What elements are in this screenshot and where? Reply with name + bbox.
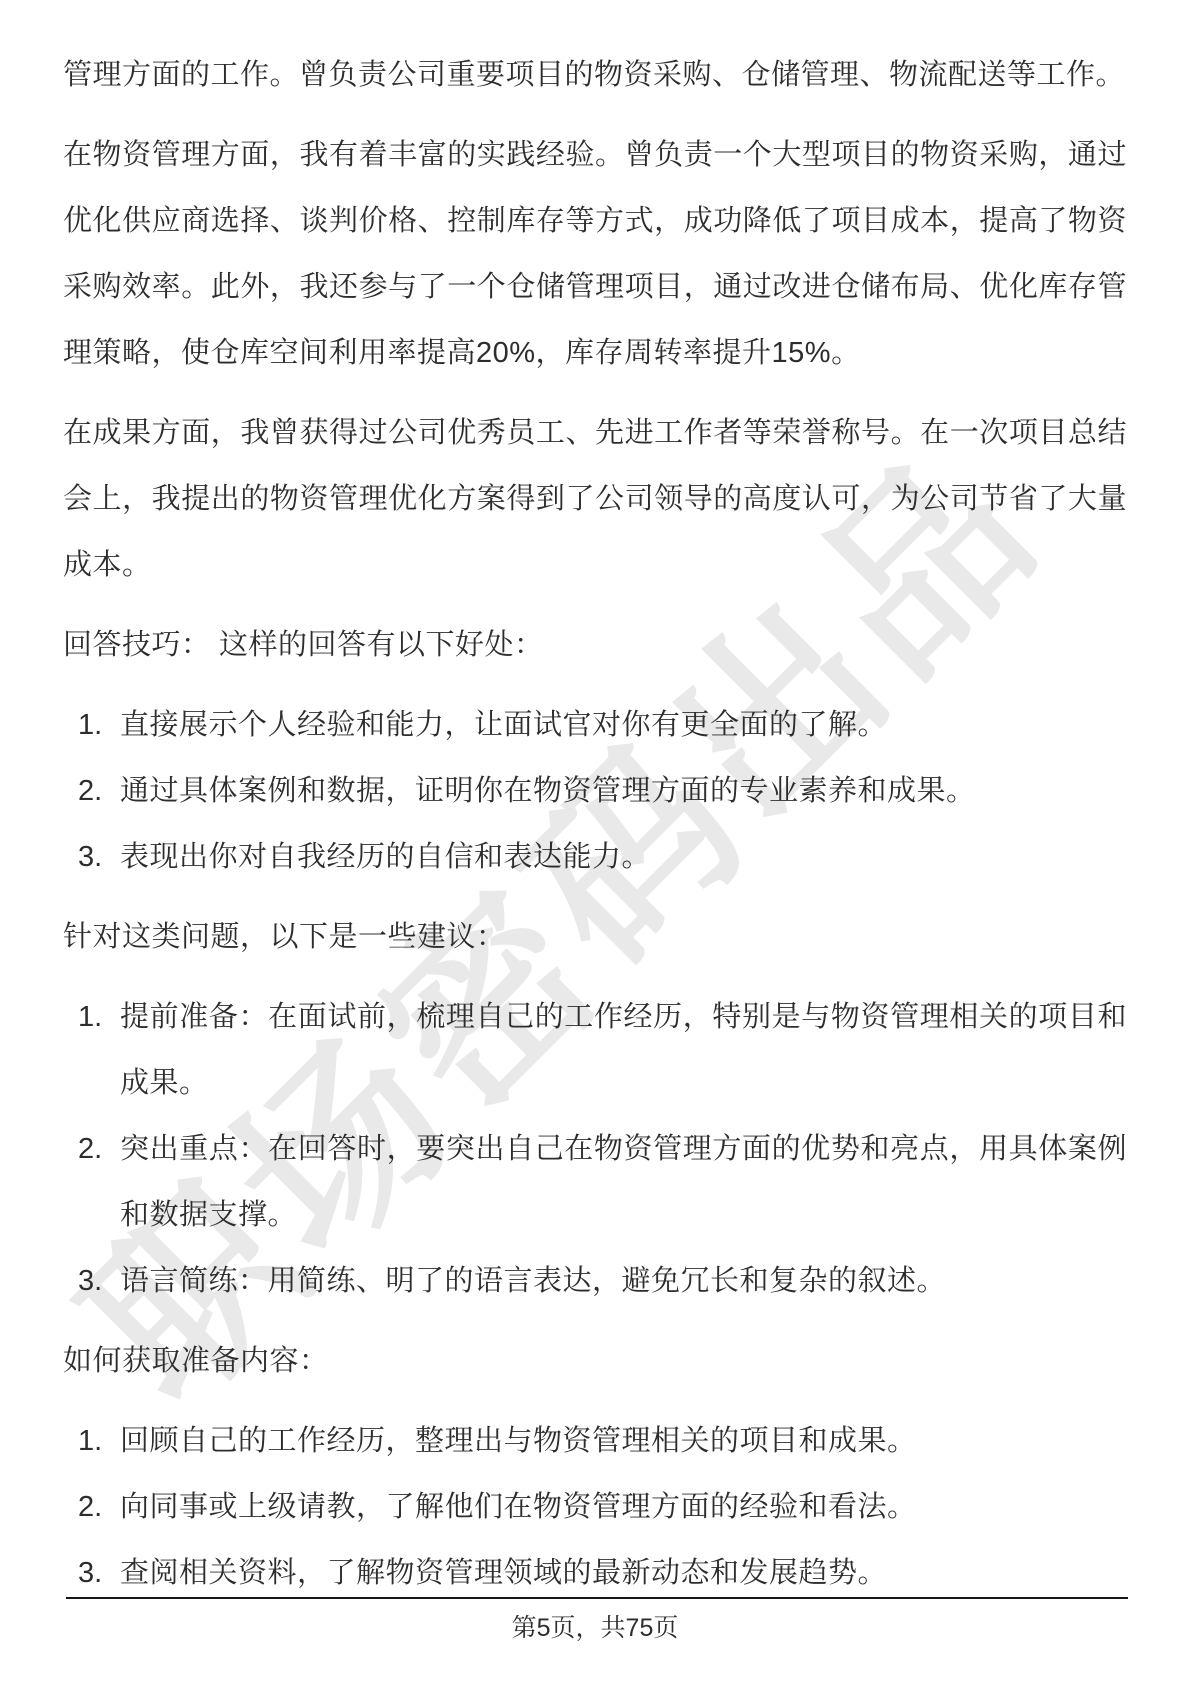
paragraph-achievements: 在成果方面，我曾获得过公司优秀员工、先进工作者等荣誉称号。在一次项目总结会上，我… — [63, 400, 1127, 598]
list-item: 1. 直接展示个人经验和能力，让面试官对你有更全面的了解。 — [78, 692, 1127, 758]
list-item-text: 语言简练：用简练、明了的语言表达，避免冗长和复杂的叙述。 — [120, 1248, 1127, 1314]
list-item-number: 2. — [78, 758, 120, 824]
list-item: 1. 回顾自己的工作经历，整理出与物资管理相关的项目和成果。 — [78, 1408, 1127, 1474]
list-item-text: 突出重点：在回答时，要突出自己在物资管理方面的优势和亮点，用具体案例和数据支撑。 — [120, 1116, 1127, 1248]
heading-how-to-prepare: 如何获取准备内容： — [63, 1328, 1127, 1394]
list-item-text: 表现出你对自我经历的自信和表达能力。 — [120, 824, 1127, 890]
suggestions-list: 1. 提前准备：在面试前，梳理自己的工作经历，特别是与物资管理相关的项目和成果。… — [63, 984, 1127, 1314]
list-item-text: 回顾自己的工作经历，整理出与物资管理相关的项目和成果。 — [120, 1408, 1127, 1474]
list-item: 2. 向同事或上级请教，了解他们在物资管理方面的经验和看法。 — [78, 1474, 1127, 1540]
heading-suggestions: 针对这类问题，以下是一些建议： — [63, 904, 1127, 970]
paragraph-experience: 在物资管理方面，我有着丰富的实践经验。曾负责一个大型项目的物资采购，通过优化供应… — [63, 122, 1127, 386]
list-item-number: 1. — [78, 984, 120, 1116]
list-item: 3. 语言简练：用简练、明了的语言表达，避免冗长和复杂的叙述。 — [78, 1248, 1127, 1314]
benefits-list: 1. 直接展示个人经验和能力，让面试官对你有更全面的了解。 2. 通过具体案例和… — [63, 692, 1127, 890]
list-item-text: 向同事或上级请教，了解他们在物资管理方面的经验和看法。 — [120, 1474, 1127, 1540]
list-item-number: 1. — [78, 1408, 120, 1474]
footer-divider — [66, 1597, 1128, 1599]
list-item: 2. 突出重点：在回答时，要突出自己在物资管理方面的优势和亮点，用具体案例和数据… — [78, 1116, 1127, 1248]
list-item-number: 2. — [78, 1474, 120, 1540]
heading-answer-tips: 回答技巧： 这样的回答有以下好处： — [63, 612, 1127, 678]
preparation-list: 1. 回顾自己的工作经历，整理出与物资管理相关的项目和成果。 2. 向同事或上级… — [63, 1408, 1127, 1606]
list-item-text: 通过具体案例和数据，证明你在物资管理方面的专业素养和成果。 — [120, 758, 1127, 824]
list-item-number: 2. — [78, 1116, 120, 1248]
list-item: 1. 提前准备：在面试前，梳理自己的工作经历，特别是与物资管理相关的项目和成果。 — [78, 984, 1127, 1116]
page-number: 第5页，共75页 — [0, 1608, 1190, 1648]
paragraph-continued-from-previous-page: 管理方面的工作。曾负责公司重要项目的物资采购、仓储管理、物流配送等工作。 — [63, 42, 1127, 108]
list-item-text: 提前准备：在面试前，梳理自己的工作经历，特别是与物资管理相关的项目和成果。 — [120, 984, 1127, 1116]
list-item-number: 3. — [78, 1248, 120, 1314]
list-item-text: 直接展示个人经验和能力，让面试官对你有更全面的了解。 — [120, 692, 1127, 758]
list-item: 2. 通过具体案例和数据，证明你在物资管理方面的专业素养和成果。 — [78, 758, 1127, 824]
list-item-number: 3. — [78, 824, 120, 890]
list-item-number: 1. — [78, 692, 120, 758]
list-item: 3. 表现出你对自我经历的自信和表达能力。 — [78, 824, 1127, 890]
document-page-content: 管理方面的工作。曾负责公司重要项目的物资采购、仓储管理、物流配送等工作。 在物资… — [63, 42, 1127, 1620]
